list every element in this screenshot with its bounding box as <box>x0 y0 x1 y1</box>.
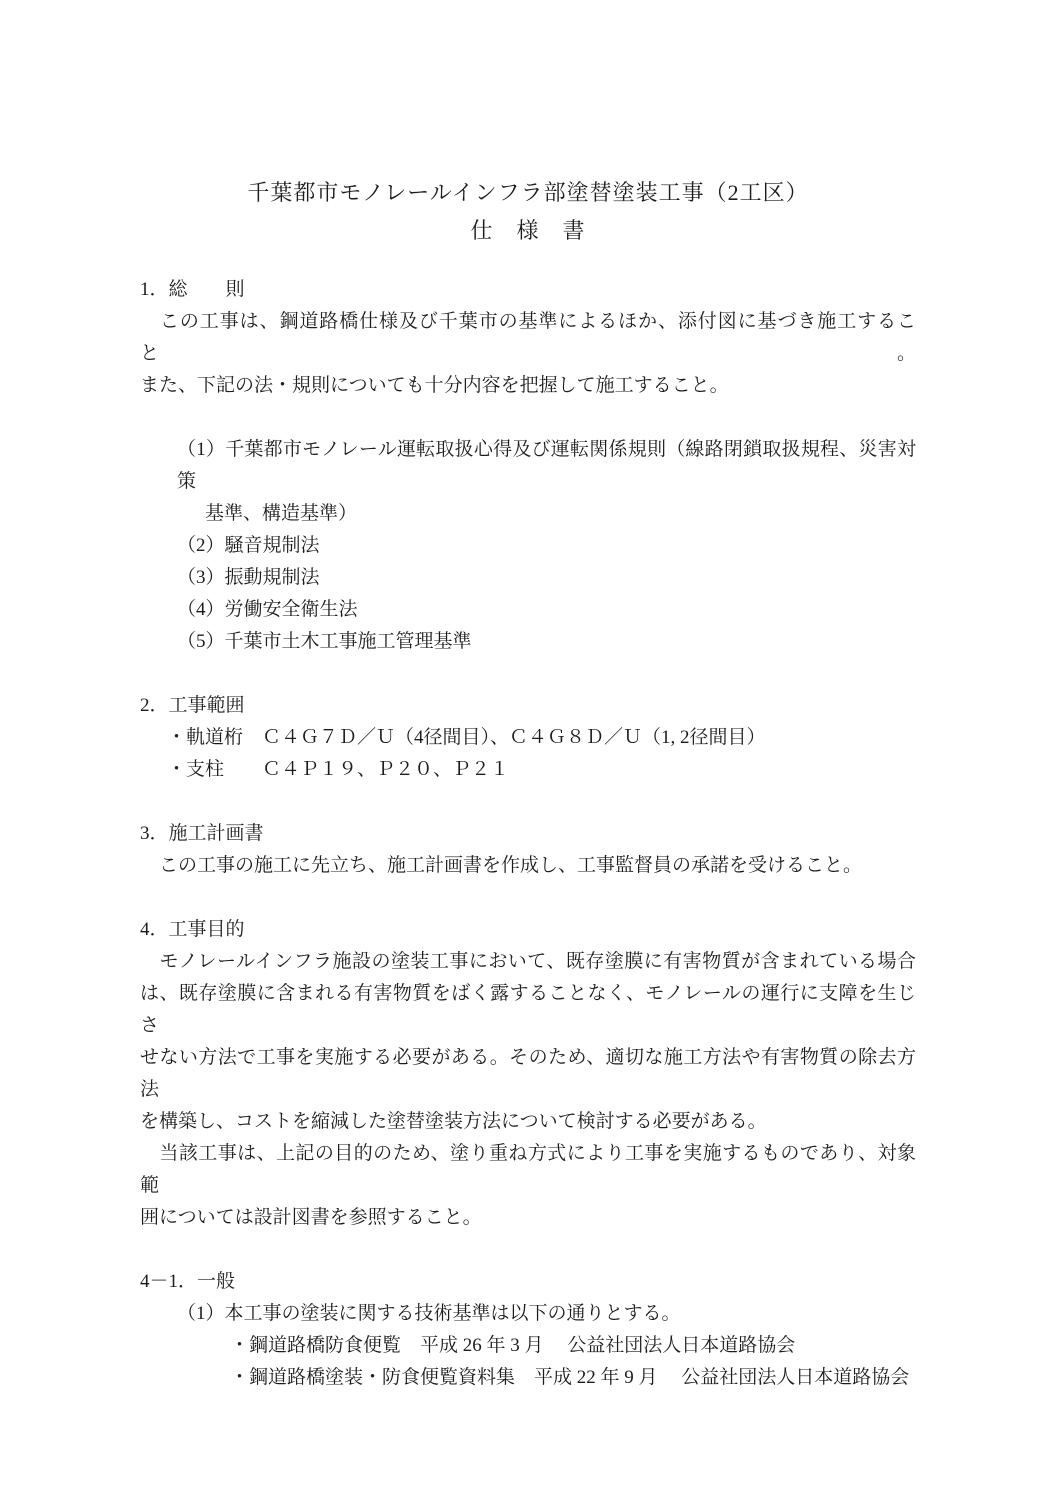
spacer <box>140 658 916 690</box>
spacer <box>140 402 916 434</box>
section-2-heading: 2．工事範囲 <box>140 690 916 722</box>
paragraph-line: せない方法で工事を実施する必要がある。そのため、適切な施工方法や有害物質の除去方… <box>140 1042 916 1106</box>
spacer <box>140 786 916 818</box>
document-page: 千葉都市モノレールインフラ部塗替塗装工事（2工区） 仕 様 書 1．総 則 この… <box>0 0 1058 1497</box>
paragraph-line: は、既存塗膜に含まれる有害物質をばく露することなく、モノレールの運行に支障を生じ… <box>140 978 916 1042</box>
regulation-list-item-1: （1）千葉都市モノレール運転取扱心得及び運転関係規則（線路閉鎖取扱規程、災害対策 <box>140 434 916 498</box>
section-3-heading: 3．施工計画書 <box>140 818 916 850</box>
regulation-list-item-2: （2）騒音規制法 <box>140 530 916 562</box>
regulation-list-item-5: （5）千葉市土木工事施工管理基準 <box>140 626 916 658</box>
regulation-list-item-3: （3）振動規制法 <box>140 562 916 594</box>
document-title: 千葉都市モノレールインフラ部塗替塗装工事（2工区） <box>140 174 916 212</box>
section-4-heading: 4．工事目的 <box>140 914 916 946</box>
paragraph-line: を構築し、コストを縮減した塗替塗装方法について検討する必要がある。 <box>140 1106 916 1138</box>
scope-bullet-support-column: ・支柱 Ｃ４Ｐ１９、Ｐ２０、Ｐ２１ <box>140 754 916 786</box>
regulation-list-item-4: （4）労働安全衛生法 <box>140 594 916 626</box>
regulation-list-item-1-wrap: 基準、構造基準） <box>140 498 916 530</box>
section-4-1-heading: 4－1．一般 <box>140 1266 916 1298</box>
reference-bullet-item-1: ・鋼道路橋防食便覧 平成 26 年 3 月 公益社団法人日本道路協会 <box>140 1330 916 1362</box>
document-subtitle: 仕 様 書 <box>140 212 916 250</box>
paragraph-line: また、下記の法・規則についても十分内容を把握して施工すること。 <box>140 370 916 402</box>
spacer <box>140 250 916 274</box>
paragraph-line: 当該工事は、上記の目的のため、塗り重ね方式により工事を実施するものであり、対象範 <box>140 1138 916 1202</box>
document-content: 千葉都市モノレールインフラ部塗替塗装工事（2工区） 仕 様 書 1．総 則 この… <box>0 0 1058 1394</box>
spacer <box>140 1234 916 1266</box>
scope-bullet-track-girder: ・軌道桁 Ｃ４Ｇ７Ｄ／Ｕ（4径間目）、Ｃ４Ｇ８Ｄ／Ｕ（1, 2径間目） <box>140 722 916 754</box>
paragraph-line: この工事の施工に先立ち、施工計画書を作成し、工事監督員の承諾を受けること。 <box>140 850 916 882</box>
paragraph-line: この工事は、鋼道路橋仕様及び千葉市の基準によるほか、添付図に基づき施工すること。 <box>140 306 916 370</box>
spacer <box>140 882 916 914</box>
standards-list-item-1: （1）本工事の塗装に関する技術基準は以下の通りとする。 <box>140 1298 916 1330</box>
reference-bullet-item-2: ・鋼道路橋塗装・防食便覧資料集 平成 22 年 9 月 公益社団法人日本道路協会 <box>140 1362 916 1394</box>
paragraph-line: モノレールインフラ施設の塗装工事において、既存塗膜に有害物質が含まれている場合 <box>140 946 916 978</box>
section-1-heading: 1．総 則 <box>140 274 916 306</box>
paragraph-line: 囲については設計図書を参照すること。 <box>140 1202 916 1234</box>
